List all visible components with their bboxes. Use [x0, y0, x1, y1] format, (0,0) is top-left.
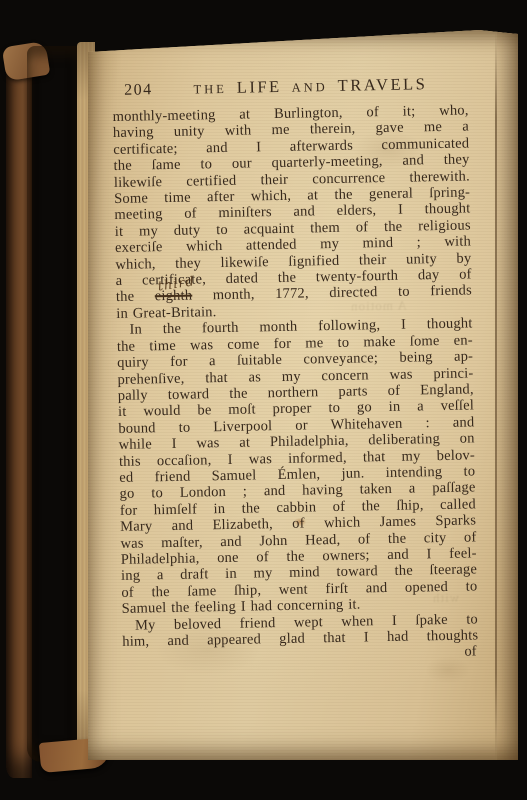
photo-background: 204 TheLIFEandTRAVELS monthly-meeting at…	[0, 0, 527, 800]
page-edge-shading	[88, 30, 518, 760]
book-page: 204 TheLIFEandTRAVELS monthly-meeting at…	[88, 30, 518, 760]
stacked-page-edges	[27, 46, 79, 762]
show-through-text: A motion	[350, 298, 407, 315]
show-through-text: with	[432, 590, 459, 606]
